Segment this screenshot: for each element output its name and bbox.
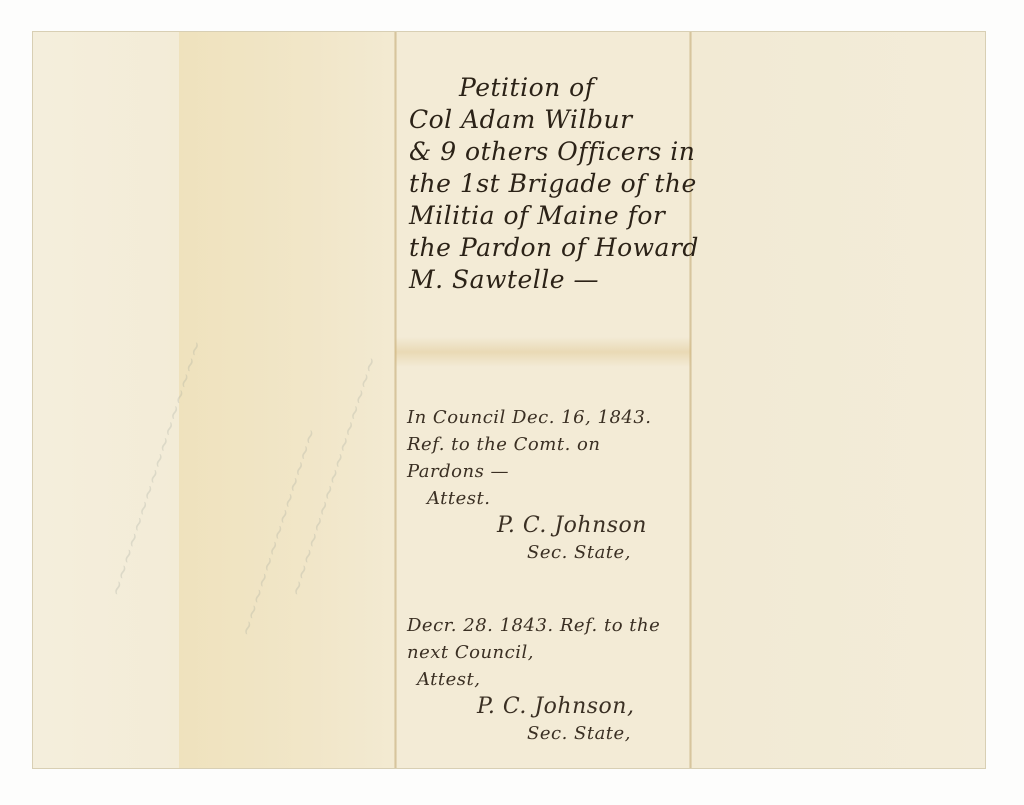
fold-line-left [394,32,397,768]
endorsement-line: Ref. to the Comt. on [407,431,652,458]
docket-line: Militia of Maine for [409,200,699,232]
signature-title: Sec. State, [407,539,652,566]
horizontal-stain [395,337,691,367]
endorsement-line: next Council, [407,639,660,666]
endorsement-line: Attest, [407,666,660,693]
docket-line: Col Adam Wilbur [409,104,699,136]
docket-line: the 1st Brigade of the [409,168,699,200]
endorsement-dec-28: Decr. 28. 1843. Ref. to the next Council… [407,612,660,747]
panel-right [691,32,985,768]
endorsement-line: Pardons — [407,458,652,485]
docket-line: M. Sawtelle — [409,264,699,296]
document-sheet: ~~~~~~~~~~~~~~~~ ~~~~~~~~~~~~~ ~~~~~~~~~… [33,32,985,768]
signature: P. C. Johnson [407,512,652,539]
endorsement-council-dec-16: In Council Dec. 16, 1843. Ref. to the Co… [407,404,652,566]
docket-title: Petition of Col Adam Wilbur & 9 others O… [409,72,699,296]
endorsement-line: Attest. [407,485,652,512]
docket-line: & 9 others Officers in [409,136,699,168]
docket-line: Petition of [409,72,699,104]
endorsement-line: In Council Dec. 16, 1843. [407,404,652,431]
docket-line: the Pardon of Howard [409,232,699,264]
signature-title: Sec. State, [407,720,660,747]
endorsement-line: Decr. 28. 1843. Ref. to the [407,612,660,639]
panel-far-left [33,32,179,768]
signature: P. C. Johnson, [407,693,660,720]
